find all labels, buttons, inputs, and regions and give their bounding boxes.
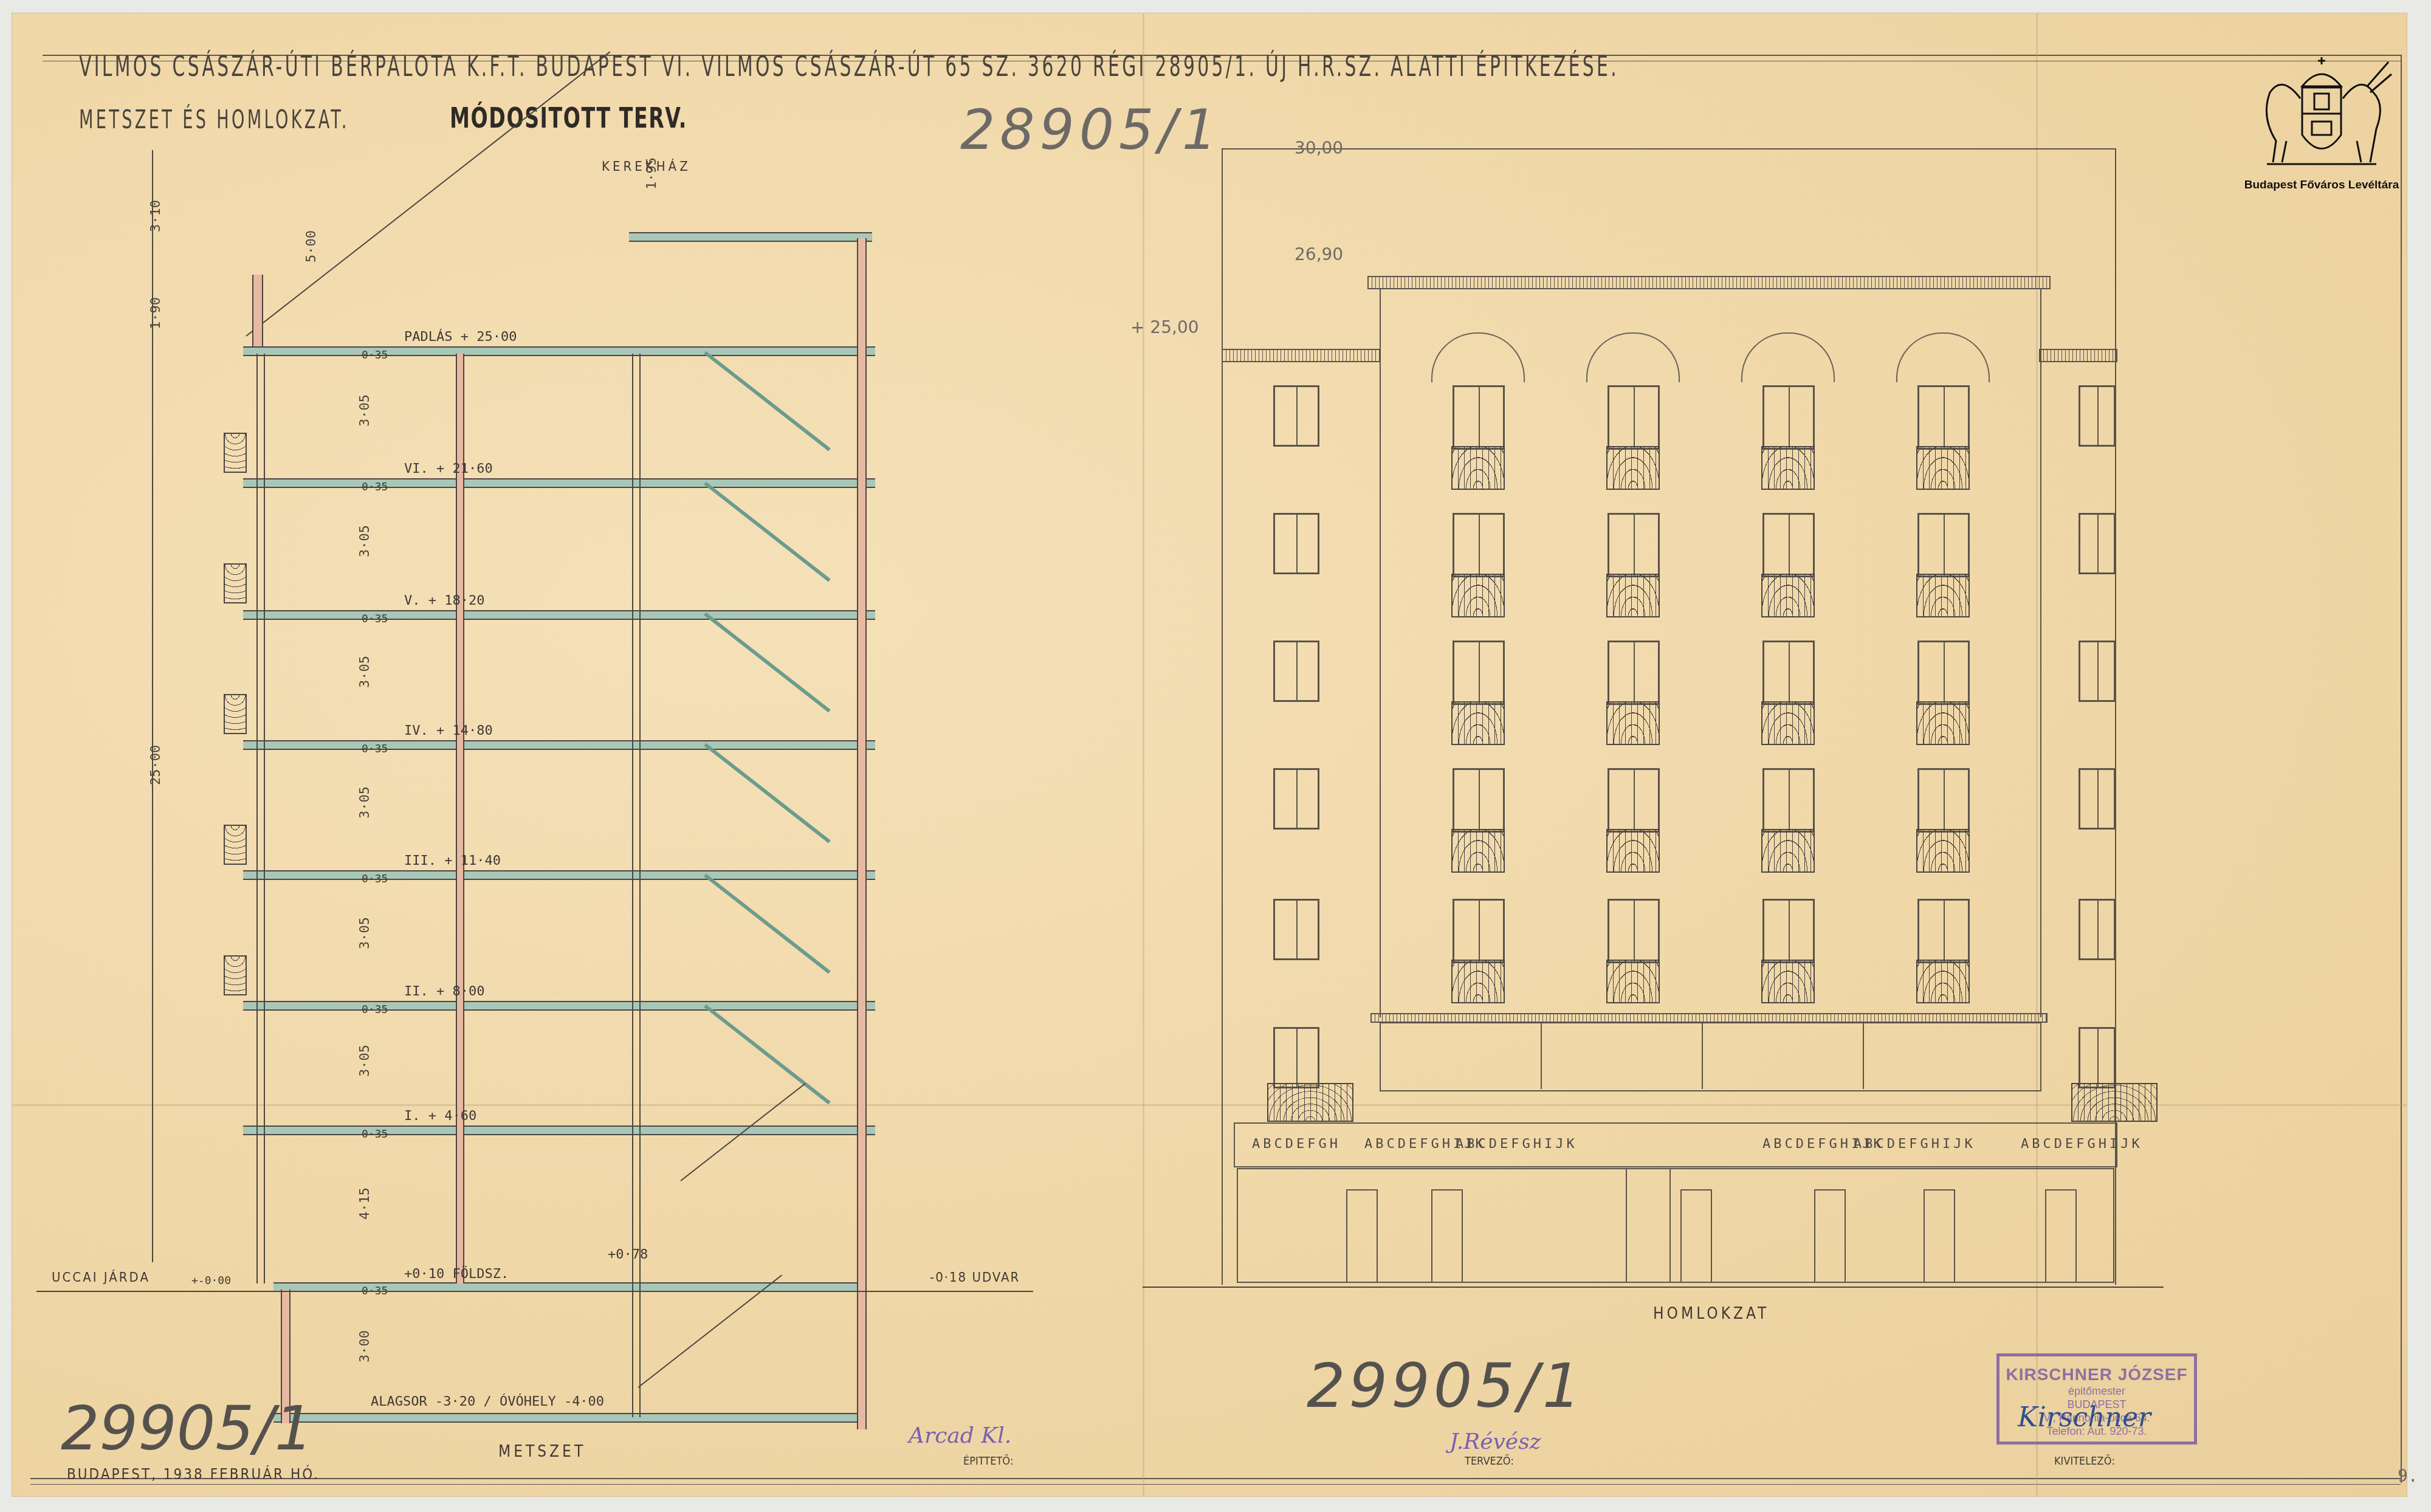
shop-door[interactable] — [1924, 1189, 1955, 1283]
balcony-grille — [1606, 829, 1660, 873]
contractor-signature: Kirschner — [2018, 1402, 2151, 1433]
right-border-line — [2401, 55, 2402, 1483]
interior-wall — [456, 354, 464, 1283]
slab-thickness: 0·35 — [362, 1003, 388, 1016]
slab-thickness: 0·35 — [362, 1128, 388, 1141]
bottom-border-line-2 — [30, 1484, 2401, 1485]
window — [1762, 768, 1815, 833]
archive-caption: Budapest Főváros Levéltára — [2224, 179, 2419, 192]
window — [1607, 385, 1660, 450]
budapest-coat-of-arms-icon — [2249, 50, 2395, 171]
floor-slab-5 — [243, 610, 875, 620]
roof-height-dim: 3·10 — [148, 200, 163, 232]
stamp-role: épitőmester — [1999, 1384, 2194, 1398]
balcony-grille — [1916, 701, 1970, 745]
window — [2079, 768, 2116, 830]
stair-flight[interactable] — [704, 351, 831, 452]
roof-slope — [246, 51, 610, 336]
balcony-grille — [1761, 701, 1815, 745]
floor-height-dim: 3·05 — [357, 1045, 373, 1077]
window — [1917, 768, 1970, 833]
window — [1453, 899, 1505, 963]
window — [1917, 513, 1970, 577]
main-entrance-door[interactable] — [1626, 1168, 1671, 1283]
level-label: IV. + 14·80 — [404, 723, 493, 738]
dimension-25: + 25,00 — [1130, 317, 1199, 337]
designer-label: TERVEZŐ: — [1465, 1455, 1514, 1468]
window — [1273, 513, 1319, 574]
stair-flight[interactable] — [704, 743, 831, 844]
slab-thickness: 0·35 — [362, 743, 388, 755]
balcony-grille — [1916, 960, 1970, 1003]
mezzanine-windows — [1380, 1022, 2041, 1091]
page-number: 9. — [2398, 1466, 2418, 1486]
window — [1607, 899, 1660, 963]
level-label: V. + 18·20 — [404, 593, 484, 608]
floor-height-dim: 3·05 — [357, 656, 373, 688]
street-label: UCCAI JÁRDA — [52, 1270, 150, 1285]
level-label: ALAGSOR -3·20 / ÓVÓHELY -4·00 — [371, 1394, 604, 1409]
paper-fold — [1143, 13, 1144, 1496]
street-wall — [256, 354, 265, 1283]
floor-slab-2 — [243, 1001, 875, 1011]
dimension-26-90: 26,90 — [1295, 244, 1343, 264]
window — [1273, 641, 1319, 702]
balcony-grille — [1606, 960, 1660, 1003]
window — [1453, 513, 1505, 577]
attic-height-dim: 1·90 — [148, 297, 163, 329]
place-date: BUDAPEST, 1938 FEBRUÁR HÓ. — [67, 1466, 320, 1483]
mezzanine-mullion — [1863, 1022, 1864, 1089]
stair-flight[interactable] — [704, 1005, 831, 1105]
window — [1762, 513, 1815, 577]
total-height-dim: 25·00 — [148, 745, 163, 785]
window — [2079, 1027, 2116, 1088]
shop-door[interactable] — [1346, 1189, 1378, 1283]
floor-slab-3 — [243, 870, 875, 880]
balcony-grille — [1761, 960, 1815, 1003]
balcony-grille — [1451, 446, 1505, 490]
floor-slab-6 — [243, 478, 875, 488]
window — [1917, 385, 1970, 450]
section-caption: METSZET — [498, 1443, 586, 1461]
shop-door[interactable] — [1814, 1189, 1846, 1283]
document-subtitle: METSZET ÉS HOMLOKZAT. — [79, 105, 349, 134]
window — [1273, 385, 1319, 447]
level-label: II. + 8·00 — [404, 984, 484, 999]
window — [1762, 385, 1815, 450]
balcony-grille — [224, 433, 247, 473]
ground-floor-dim: 4·15 — [357, 1187, 373, 1220]
level-label: I. + 4·60 — [404, 1108, 476, 1124]
window — [1917, 899, 1970, 963]
slab-thickness: 0·35 — [362, 481, 388, 493]
level-label: +0·10 FÖLDSZ. — [404, 1266, 509, 1282]
landing-level: +0·78 — [608, 1247, 648, 1262]
window — [1453, 641, 1505, 705]
stair-flight[interactable] — [704, 613, 831, 713]
facade-left-line — [1222, 148, 1223, 1285]
stamp-name: KIRSCHNER JÓZSEF — [1999, 1365, 2194, 1384]
balcony-grille — [1916, 574, 1970, 617]
slab-thickness: 0·35 — [362, 873, 388, 885]
balcony-grille — [2071, 1083, 2158, 1122]
yard-wall — [857, 238, 867, 1429]
balcony-grille — [1451, 574, 1505, 617]
attic-wall — [252, 275, 263, 348]
builder-label: ÉPITTETŐ: — [963, 1455, 1014, 1468]
shop-door[interactable] — [1431, 1189, 1463, 1283]
slab-thickness: 0·35 — [362, 349, 388, 362]
street-level: +-0·00 — [191, 1274, 231, 1287]
balcony-grille — [224, 955, 247, 995]
main-cornice — [1367, 276, 2051, 289]
file-number-top: 28905/1 — [960, 98, 1222, 162]
shop-door[interactable] — [2045, 1189, 2077, 1283]
mezzanine-mullion — [1541, 1022, 1542, 1089]
roof-slope-dim: 5·00 — [304, 230, 319, 263]
floor-slab-4 — [243, 740, 875, 750]
window — [1607, 641, 1660, 705]
window — [1762, 899, 1815, 963]
window — [1762, 641, 1815, 705]
dimension-30: 30,00 — [1295, 138, 1343, 158]
contractor-label: KIVITELEZŐ: — [2054, 1455, 2115, 1468]
tower-roof-slab — [629, 232, 872, 242]
paper-fold — [12, 1104, 2407, 1106]
shop-sign: ABCDEFGHIJK — [1854, 1136, 1976, 1152]
builder-signature: Arcad Kl. — [909, 1423, 1011, 1448]
balcony-grille — [224, 563, 247, 603]
level-label: PADLÁS + 25·00 — [404, 329, 517, 345]
side-cornice-right — [2039, 349, 2117, 362]
balcony-grille — [1451, 829, 1505, 873]
floor-height-dim: 3·05 — [357, 525, 373, 557]
window — [1607, 768, 1660, 833]
file-number-center: 29905/1 — [1307, 1350, 1584, 1421]
window — [1453, 385, 1505, 450]
balcony-grille — [1451, 960, 1505, 1003]
floor-height-dim: 3·05 — [357, 917, 373, 949]
stair-flight[interactable] — [704, 874, 831, 974]
window — [1273, 1027, 1319, 1088]
revision-status: MÓDOSITOTT TERV. — [450, 101, 687, 134]
balcony-grille — [224, 825, 247, 865]
balcony-grille — [1761, 574, 1815, 617]
window — [1917, 641, 1970, 705]
window — [1453, 768, 1505, 833]
window — [1607, 513, 1660, 577]
basement-slab — [273, 1413, 863, 1423]
shop-sign: ABCDEFGH — [1252, 1136, 1341, 1152]
balcony-grille — [1267, 1083, 1353, 1122]
balcony-grille — [1916, 446, 1970, 490]
window — [2079, 513, 2116, 574]
balcony-grille — [1606, 574, 1660, 617]
balcony-grille — [1606, 701, 1660, 745]
floor-slab-attic — [243, 346, 875, 356]
level-label: VI. + 21·60 — [404, 461, 493, 476]
stair-flight[interactable] — [704, 482, 831, 582]
mezzanine-mullion — [1702, 1022, 1703, 1089]
balcony-grille — [224, 694, 247, 734]
basement-dim: 3·00 — [357, 1330, 373, 1363]
roof-label: KEREKHÁZ — [602, 159, 691, 174]
slab-thickness: 0·35 — [362, 613, 388, 625]
window — [2079, 899, 2116, 960]
balcony-grille — [1761, 446, 1815, 490]
level-label: III. + 11·40 — [404, 853, 501, 868]
ground-line — [36, 1291, 1033, 1292]
facade-caption: HOMLOKZAT — [1653, 1305, 1769, 1323]
shop-door[interactable] — [1680, 1189, 1712, 1283]
side-cornice-left — [1222, 349, 1381, 362]
floor-slab-1 — [243, 1125, 875, 1135]
shop-sign: ABCDEFGHIJK — [2021, 1136, 2143, 1152]
window — [2079, 385, 2116, 447]
archive-logo: Budapest Főváros Levéltára — [2224, 50, 2419, 214]
yard-label: -0·18 UDVAR — [930, 1270, 1020, 1285]
mezzanine-cornice — [1370, 1013, 2048, 1023]
balcony-grille — [1761, 829, 1815, 873]
facade-top-line — [1222, 148, 2115, 149]
designer-signature: J.Révész — [1449, 1429, 1541, 1454]
balcony-grille — [1916, 829, 1970, 873]
window — [2079, 641, 2116, 702]
shop-sign: ABCDEFGHIJK — [1456, 1136, 1578, 1152]
balcony-grille — [1451, 701, 1505, 745]
blueprint-sheet: VILMOS CSÁSZÁR-ÚTI BÉRPALOTA K.F.T. BUDA… — [12, 13, 2407, 1496]
document-title: VILMOS CSÁSZÁR-ÚTI BÉRPALOTA K.F.T. BUDA… — [79, 50, 1619, 83]
floor-height-dim: 3·05 — [357, 786, 373, 819]
floor-height-dim: 3·05 — [357, 394, 373, 427]
balcony-grille — [1606, 446, 1660, 490]
window — [1273, 899, 1319, 960]
bottom-border-line — [30, 1478, 2401, 1479]
window — [1273, 768, 1319, 830]
facade-ground-line — [1143, 1287, 2164, 1288]
file-number-left: 29905/1 — [61, 1393, 313, 1464]
